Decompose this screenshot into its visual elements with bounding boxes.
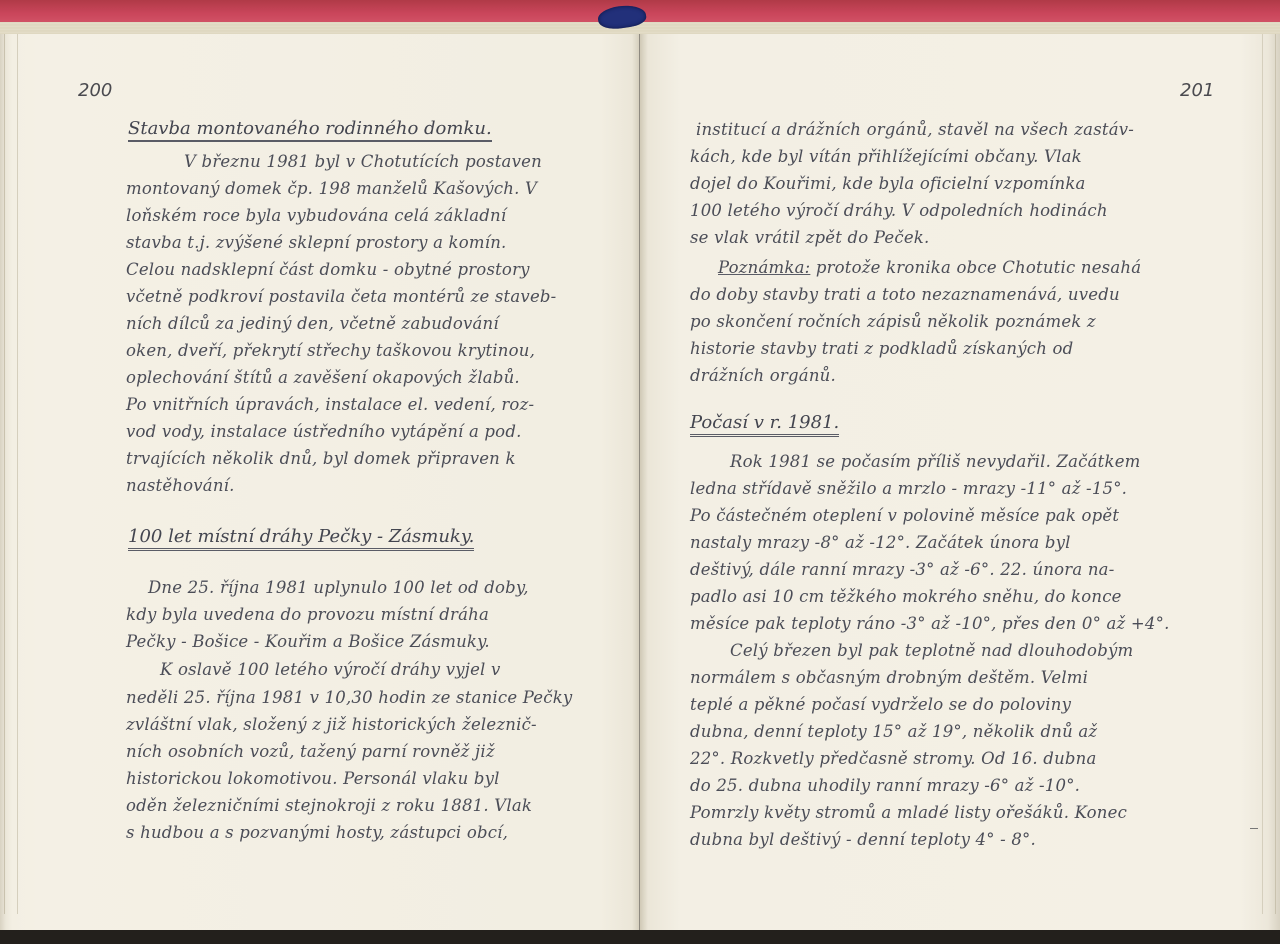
- text-line: 100 letého výročí dráhy. V odpoledních h…: [690, 199, 1108, 223]
- text-line: historie stavby trati z podkladů získaný…: [690, 337, 1073, 361]
- text-line: Po částečném oteplení v polovině měsíce …: [690, 504, 1119, 528]
- page-number-right: 201: [1180, 80, 1214, 101]
- right-page-edges: [1262, 34, 1276, 914]
- text-line: nastaly mrazy -8° až -12°. Začátek února…: [690, 531, 1071, 555]
- text-line: Po vnitřních úpravách, instalace el. ved…: [126, 393, 534, 417]
- text-line: 22°. Rozkvetly předčasně stromy. Od 16. …: [690, 747, 1097, 771]
- section-heading-railway: 100 let místní dráhy Pečky - Zásmuky.: [128, 526, 474, 551]
- text-line: drážních orgánů.: [690, 364, 836, 388]
- text-line: dubna byl deštivý - denní teploty 4° - 8…: [690, 828, 1036, 852]
- text-line: Dne 25. října 1981 uplynulo 100 let od d…: [148, 576, 529, 600]
- text-line: ledna střídavě sněžilo a mrzlo - mrazy -…: [690, 477, 1127, 501]
- text-line: oplechování štítů a zavěšení okapových ž…: [126, 366, 520, 390]
- page-number-left: 200: [78, 80, 112, 101]
- text-line: kách, kde byl vítán přihlížejícími občan…: [690, 145, 1082, 169]
- text-line: montovaný domek čp. 198 manželů Kašových…: [126, 177, 537, 201]
- text-line: Pomrzly květy stromů a mladé listy ořešá…: [690, 801, 1127, 825]
- text-line: neděli 25. října 1981 v 10,30 hodin ze s…: [126, 686, 572, 710]
- book-cover-bottom: [0, 930, 1280, 944]
- text-line: Celou nadsklepní část domku - obytné pro…: [126, 258, 530, 282]
- text-line: do doby stavby trati a toto nezaznamenáv…: [690, 283, 1120, 307]
- text-line: historickou lokomotivou. Personál vlaku …: [126, 767, 500, 791]
- text-line: s hudbou a s pozvanými hosty, zástupci o…: [126, 821, 508, 845]
- text-line: stavba t.j. zvýšené sklepní prostory a k…: [126, 231, 506, 255]
- text-line: nastěhování.: [126, 474, 235, 498]
- text-line: po skončení ročních zápisů několik pozná…: [690, 310, 1096, 334]
- text-line: K oslavě 100 letého výročí dráhy vyjel v: [160, 658, 500, 682]
- text-line: zvláštní vlak, složený z již historickýc…: [126, 713, 537, 737]
- text-line: padlo asi 10 cm těžkého mokrého sněhu, d…: [690, 585, 1122, 609]
- text-line: dojel do Kouřimi, kde byla oficielní vzp…: [690, 172, 1086, 196]
- text-line: do 25. dubna uhodily ranní mrazy -6° až …: [690, 774, 1080, 798]
- text-line: vod vody, instalace ústředního vytápění …: [126, 420, 522, 444]
- text-line: dubna, denní teploty 15° až 19°, několik…: [690, 720, 1097, 744]
- text-line: oken, dveří, překrytí střechy taškovou k…: [126, 339, 535, 363]
- open-chronicle-book: 200 Stavba montovaného rodinného domku. …: [0, 0, 1280, 944]
- text-line: ních osobních vozů, tažený parní rovněž …: [126, 740, 495, 764]
- text-line: se vlak vrátil zpět do Peček.: [690, 226, 929, 250]
- text-line: oděn železničními stejnokroji z roku 188…: [126, 794, 532, 818]
- section-heading-weather: Počasí v r. 1981.: [690, 412, 839, 437]
- text-line: Pečky - Bošice - Kouřim a Bošice Zásmuky…: [126, 630, 490, 654]
- text-line: Celý březen byl pak teplotně nad dlouhod…: [730, 639, 1133, 663]
- text-line: loňském roce byla vybudována celá základ…: [126, 204, 506, 228]
- text-line: V březnu 1981 byl v Chotutících postaven: [184, 150, 542, 174]
- left-page-edges: [4, 34, 18, 914]
- note-first-line: protože kronika obce Chotutic nesahá: [816, 258, 1141, 277]
- section-heading-house: Stavba montovaného rodinného domku.: [128, 118, 492, 142]
- text-line: teplé a pěkné počasí vydrželo se do polo…: [690, 693, 1071, 717]
- text-line: Rok 1981 se počasím příliš nevydařil. Za…: [730, 450, 1141, 474]
- text-line: ních dílců za jediný den, včetně zabudov…: [126, 312, 499, 336]
- margin-mark: [1250, 828, 1258, 829]
- text-line: kdy byla uvedena do provozu místní dráha: [126, 603, 489, 627]
- text-line: trvajících několik dnů, byl domek připra…: [126, 447, 516, 471]
- text-line: normálem s občasným drobným deštěm. Velm…: [690, 666, 1088, 690]
- text-line: Poznámka: protože kronika obce Chotutic …: [718, 256, 1141, 280]
- text-line: institucí a drážních orgánů, stavěl na v…: [696, 118, 1134, 142]
- note-label: Poznámka:: [718, 258, 810, 277]
- text-line: včetně podkroví postavila četa montérů z…: [126, 285, 556, 309]
- text-line: měsíce pak teploty ráno -3° až -10°, pře…: [690, 612, 1170, 636]
- text-line: deštivý, dále ranní mrazy -3° až -6°. 22…: [690, 558, 1115, 582]
